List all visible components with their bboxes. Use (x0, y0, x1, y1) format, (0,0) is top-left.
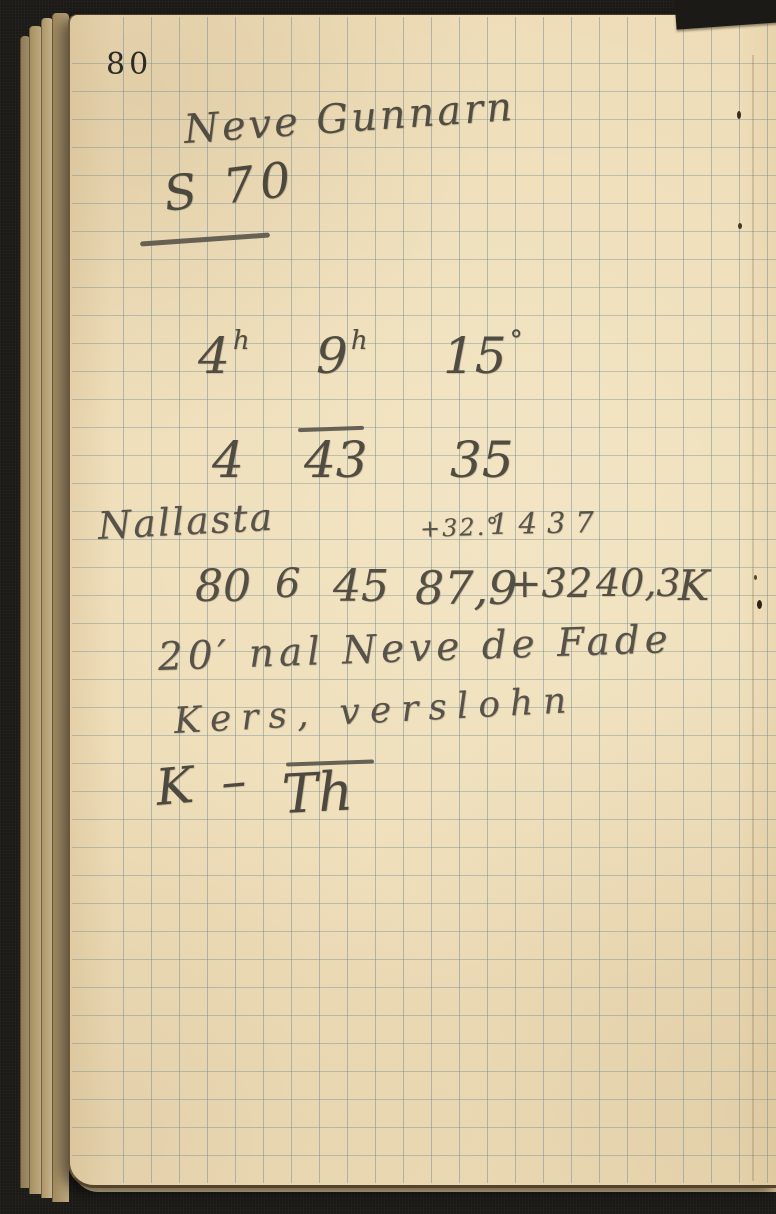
notebook-photo: 80 Neve Gunnarn S 70 4h 9h 15° 4 43 35 N… (0, 0, 776, 1214)
observation-value: 15° (443, 327, 520, 385)
heading-line: S 70 (161, 151, 300, 223)
observation-base: 4 (198, 327, 230, 385)
reading-value: 45 (333, 561, 389, 612)
observation-value: 35 (450, 431, 514, 489)
title-line: Neve Gunnarn (182, 84, 516, 153)
reading-value: 6 (275, 561, 300, 607)
note-line: 20′ nal Neve de Fade (157, 617, 673, 680)
signature: K – (153, 751, 254, 817)
observation-value: 4h (198, 327, 247, 385)
temperature-value: +32.° (420, 512, 501, 543)
reading-value: 40,3 (596, 561, 681, 605)
observation-superscript: ° (510, 326, 523, 356)
page-number: 80 (106, 47, 152, 82)
station-number: 1437 (490, 505, 604, 541)
observation-value: 4 (212, 431, 244, 489)
ink-speck (737, 111, 741, 119)
reading-value: +32 (508, 561, 592, 607)
ink-speck (754, 575, 757, 580)
signature-initials: Th (280, 759, 354, 826)
ink-speck (738, 223, 742, 229)
observation-value-overlined: 43 (304, 431, 368, 489)
observation-base: 9 (316, 327, 348, 385)
reading-value: 80 (195, 561, 251, 612)
notebook-page: 80 Neve Gunnarn S 70 4h 9h 15° 4 43 35 N… (68, 14, 776, 1188)
reading-value: 87,9 (415, 561, 517, 615)
page-edge (52, 13, 69, 1202)
station-name: Nallasta (97, 495, 275, 548)
observation-base: 15 (443, 327, 507, 385)
observation-value: 9h (316, 327, 365, 385)
reading-value: K (678, 561, 709, 610)
observation-superscript: h (233, 326, 250, 356)
underline-stroke (140, 232, 270, 246)
page-crease (752, 55, 754, 1181)
ink-speck (757, 600, 762, 609)
note-line: Kers, verslohn (173, 680, 577, 742)
observation-superscript: h (351, 326, 368, 356)
